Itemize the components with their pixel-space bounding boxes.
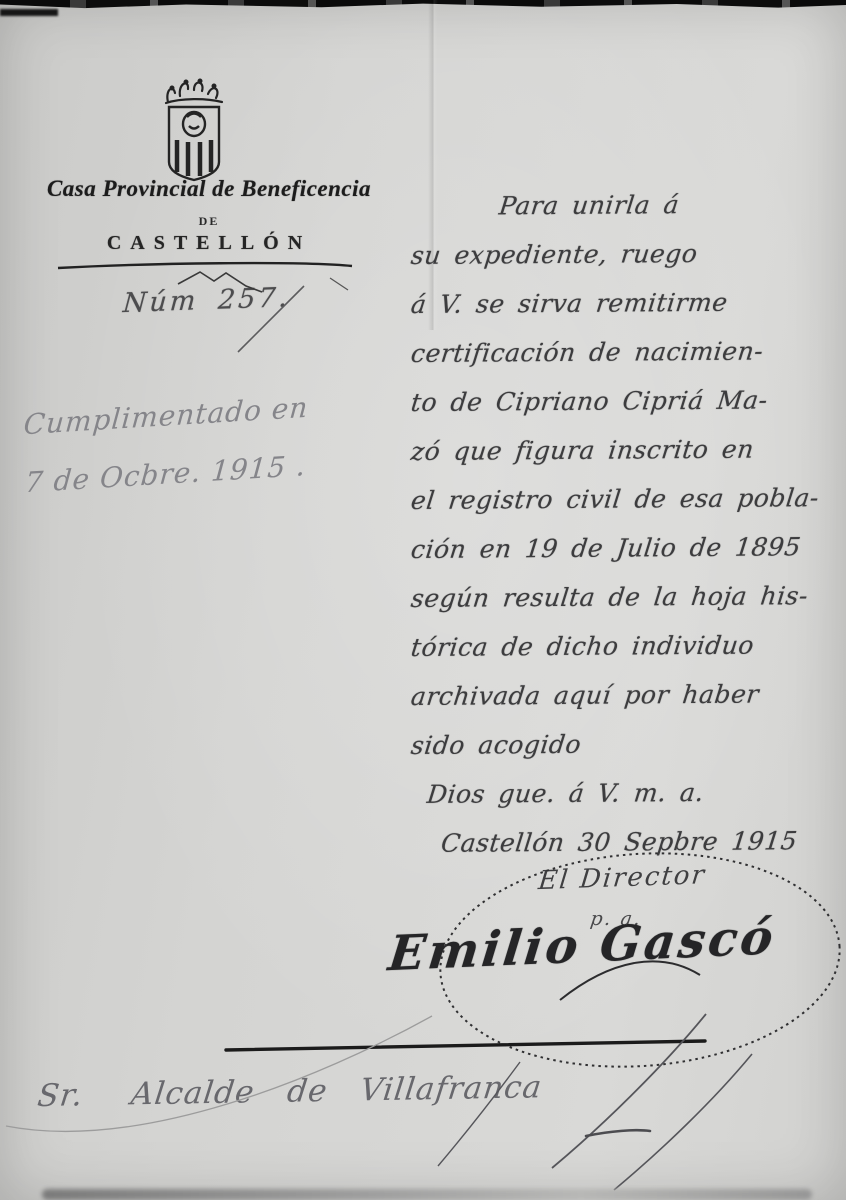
body-line: el registro civil de esa pobla- (408, 473, 844, 525)
addressee-dash (586, 1130, 650, 1136)
body-line: tórica de dicho individuo (408, 620, 844, 672)
closing-place-date: Castellón 30 Sepbre 1915 (408, 816, 844, 868)
addressee-line: Sr.Alcalde de Villafranca (36, 1066, 700, 1114)
closing-salute: Dios gue. á V. m. a. (408, 767, 844, 819)
letterhead-de: DE (16, 214, 402, 229)
scanned-letter-page: Casa Provincial de Beneficencia DE CASTE… (0, 0, 846, 1200)
body-line: certificación de nacimien- (408, 326, 844, 378)
letter-body: Para unirla á su expediente, ruego á V. … (414, 182, 844, 868)
body-line: Para unirla á (408, 179, 844, 231)
body-line: to de Cipriano Cipriá Ma- (408, 375, 844, 427)
body-line: zó que figura inscrito en (408, 424, 844, 476)
margin-note: Cumplimentado en 7 de Ocbre. 1915 . (17, 375, 366, 513)
doc-number: Núm 257. (122, 282, 291, 319)
body-line: su expediente, ruego (408, 228, 844, 280)
body-line: archivada aquí por haber (408, 669, 844, 721)
addressee-text: Alcalde de Villafranca (129, 1069, 544, 1112)
coat-of-arms-icon (156, 76, 232, 188)
signature-title: El Director (537, 860, 708, 896)
scan-top-edge (0, 0, 846, 9)
scan-corner-mark (0, 9, 58, 16)
body-line: ción en 19 de Julio de 1895 (408, 522, 844, 574)
letterhead-org-name: Casa Provincial de Beneficencia (16, 176, 402, 202)
body-line: según resulta de la hoja his- (408, 571, 844, 623)
letterhead-city: CASTELLÓN (16, 232, 402, 255)
body-line: sido acogido (408, 718, 844, 770)
scan-bottom-shadow (42, 1189, 812, 1200)
addressee-prefix: Sr. (36, 1077, 86, 1114)
body-line: á V. se sirva remitirme (408, 277, 844, 329)
signature-name: Emilio Gascó (386, 909, 779, 982)
